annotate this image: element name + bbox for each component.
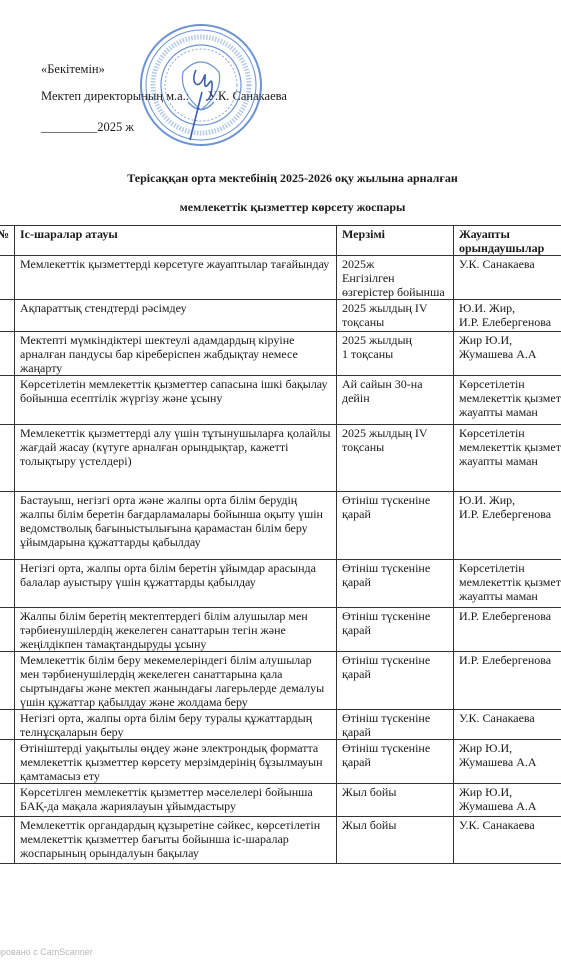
row-number: 7 — [0, 560, 15, 608]
header-number: № — [0, 226, 15, 256]
activity-name: Мектепті мүмкіндіктері шектеулі адамдард… — [15, 332, 337, 376]
table-row: 6Бастауыш, негізгі орта және жалпы орта … — [0, 492, 561, 560]
row-number: 6 — [0, 492, 15, 560]
activity-name: Мемлекеттік қызметтерді алу үшін тұтынуш… — [15, 425, 337, 492]
activity-name: Мемлекеттік қызметтерді көрсетуге жауапт… — [15, 256, 337, 300]
activity-name: Мемлекеттік органдардың құзыретіне сәйке… — [15, 817, 337, 864]
document-title-line2: мемлекеттік қызметтер көрсету жоспары — [0, 200, 561, 215]
table-row: 12Көрсетілген мемлекеттік қызметтер мәсе… — [0, 784, 561, 817]
table-row: 7Негізгі орта, жалпы орта білім беретін … — [0, 560, 561, 608]
activity-name: Көрсетілетін мемлекеттік қызметтер сапас… — [15, 376, 337, 425]
camscanner-watermark: ировано с CamScanner — [0, 947, 93, 957]
row-number: 12 — [0, 784, 15, 817]
deadline: 2025 жылдың 1 тоқсаны — [337, 332, 454, 376]
table-row: 11Өтініштерді уақытылы өңдеу және электр… — [0, 740, 561, 784]
responsible: Жир Ю.И, Жумашева А.А — [454, 740, 561, 784]
responsible: И.Р. Елебергенова — [454, 652, 561, 710]
deadline: Өтініш түскеніне қарай — [337, 492, 454, 560]
table-row: 3Мектепті мүмкіндіктері шектеулі адамдар… — [0, 332, 561, 376]
deadline: Жыл бойы — [337, 784, 454, 817]
responsible: Жир Ю.И, Жумашева А.А — [454, 784, 561, 817]
row-number: 10 — [0, 710, 15, 740]
row-number: 1 — [0, 256, 15, 300]
deadline: Өтініш түскеніне қарай — [337, 740, 454, 784]
deadline: Ай сайын 30-на дейін — [337, 376, 454, 425]
deadline: Өтініш түскеніне қарай — [337, 710, 454, 740]
responsible: Ю.И. Жир, И.Р. Елебергенова — [454, 300, 561, 332]
table-row: 8Жалпы білім беретің мектептердегі білім… — [0, 608, 561, 652]
table-header-row: № Іс-шаралар атауы Мерзімі Жауапты орынд… — [0, 226, 561, 256]
activity-name: Бастауыш, негізгі орта және жалпы орта б… — [15, 492, 337, 560]
activity-name: Ақпараттық стендтерді рәсімдеу — [15, 300, 337, 332]
deadline: Өтініш түскеніне қарай — [337, 560, 454, 608]
approval-date-line: _________2025 ж — [41, 120, 134, 135]
responsible: У.К. Санакаева — [454, 256, 561, 300]
activity-name: Мемлекеттік білім беру мекемелеріндегі б… — [15, 652, 337, 710]
table-row: 2Ақпараттық стендтерді рәсімдеу2025 жылд… — [0, 300, 561, 332]
table-row: 10Негізгі орта, жалпы орта білім беру ту… — [0, 710, 561, 740]
table-row: 4Көрсетілетін мемлекеттік қызметтер сапа… — [0, 376, 561, 425]
deadline: Өтініш түскеніне қарай — [337, 652, 454, 710]
row-number: 2 — [0, 300, 15, 332]
responsible: У.К. Санакаева — [454, 817, 561, 864]
table-row: 9Мемлекеттік білім беру мекемелеріндегі … — [0, 652, 561, 710]
table-row: 5Мемлекеттік қызметтерді алу үшін тұтыну… — [0, 425, 561, 492]
header-deadline: Мерзімі — [337, 226, 454, 256]
row-number: 4 — [0, 376, 15, 425]
header-activity: Іс-шаралар атауы — [15, 226, 337, 256]
round-seal-stamp-icon — [138, 22, 264, 148]
services-plan-table: № Іс-шаралар атауы Мерзімі Жауапты орынд… — [0, 225, 561, 864]
row-number: 13 — [0, 817, 15, 864]
deadline: 2025 жылдың IV тоқсаны — [337, 425, 454, 492]
activity-name: Негізгі орта, жалпы орта білім беру тура… — [15, 710, 337, 740]
responsible: Жир Ю.И, Жумашева А.А — [454, 332, 561, 376]
responsible: Көрсетілетін мемлекеттік қызметке жауапт… — [454, 560, 561, 608]
responsible: Көрсетілетін мемлекеттік қызметке жауапт… — [454, 376, 561, 425]
deadline: 2025 жылдың IV тоқсаны — [337, 300, 454, 332]
table-row: 1Мемлекеттік қызметтерді көрсетуге жауап… — [0, 256, 561, 300]
approval-label: «Бекітемін» — [41, 62, 105, 77]
activity-name: Негізгі орта, жалпы орта білім беретін ұ… — [15, 560, 337, 608]
row-number: 3 — [0, 332, 15, 376]
activity-name: Көрсетілген мемлекеттік қызметтер мәселе… — [15, 784, 337, 817]
deadline: Жыл бойы — [337, 817, 454, 864]
responsible: У.К. Санакаева — [454, 710, 561, 740]
document-title-line1: Терісаққан орта мектебінің 2025-2026 оқу… — [0, 171, 561, 186]
row-number: 11 — [0, 740, 15, 784]
responsible: Көрсетілетін мемлекеттік қызметке жауапт… — [454, 425, 561, 492]
deadline: Өтініш түскеніне қарай — [337, 608, 454, 652]
activity-name: Өтініштерді уақытылы өңдеу және электрон… — [15, 740, 337, 784]
table-row: 13Мемлекеттік органдардың құзыретіне сәй… — [0, 817, 561, 864]
row-number: 9 — [0, 652, 15, 710]
header-responsible: Жауапты орындаушылар — [454, 226, 561, 256]
row-number: 5 — [0, 425, 15, 492]
activity-name: Жалпы білім беретің мектептердегі білім … — [15, 608, 337, 652]
responsible: Ю.И. Жир, И.Р. Елебергенова — [454, 492, 561, 560]
row-number: 8 — [0, 608, 15, 652]
deadline: 2025ж Енгізілген өзгерістер бойынша — [337, 256, 454, 300]
responsible: И.Р. Елебергенова — [454, 608, 561, 652]
